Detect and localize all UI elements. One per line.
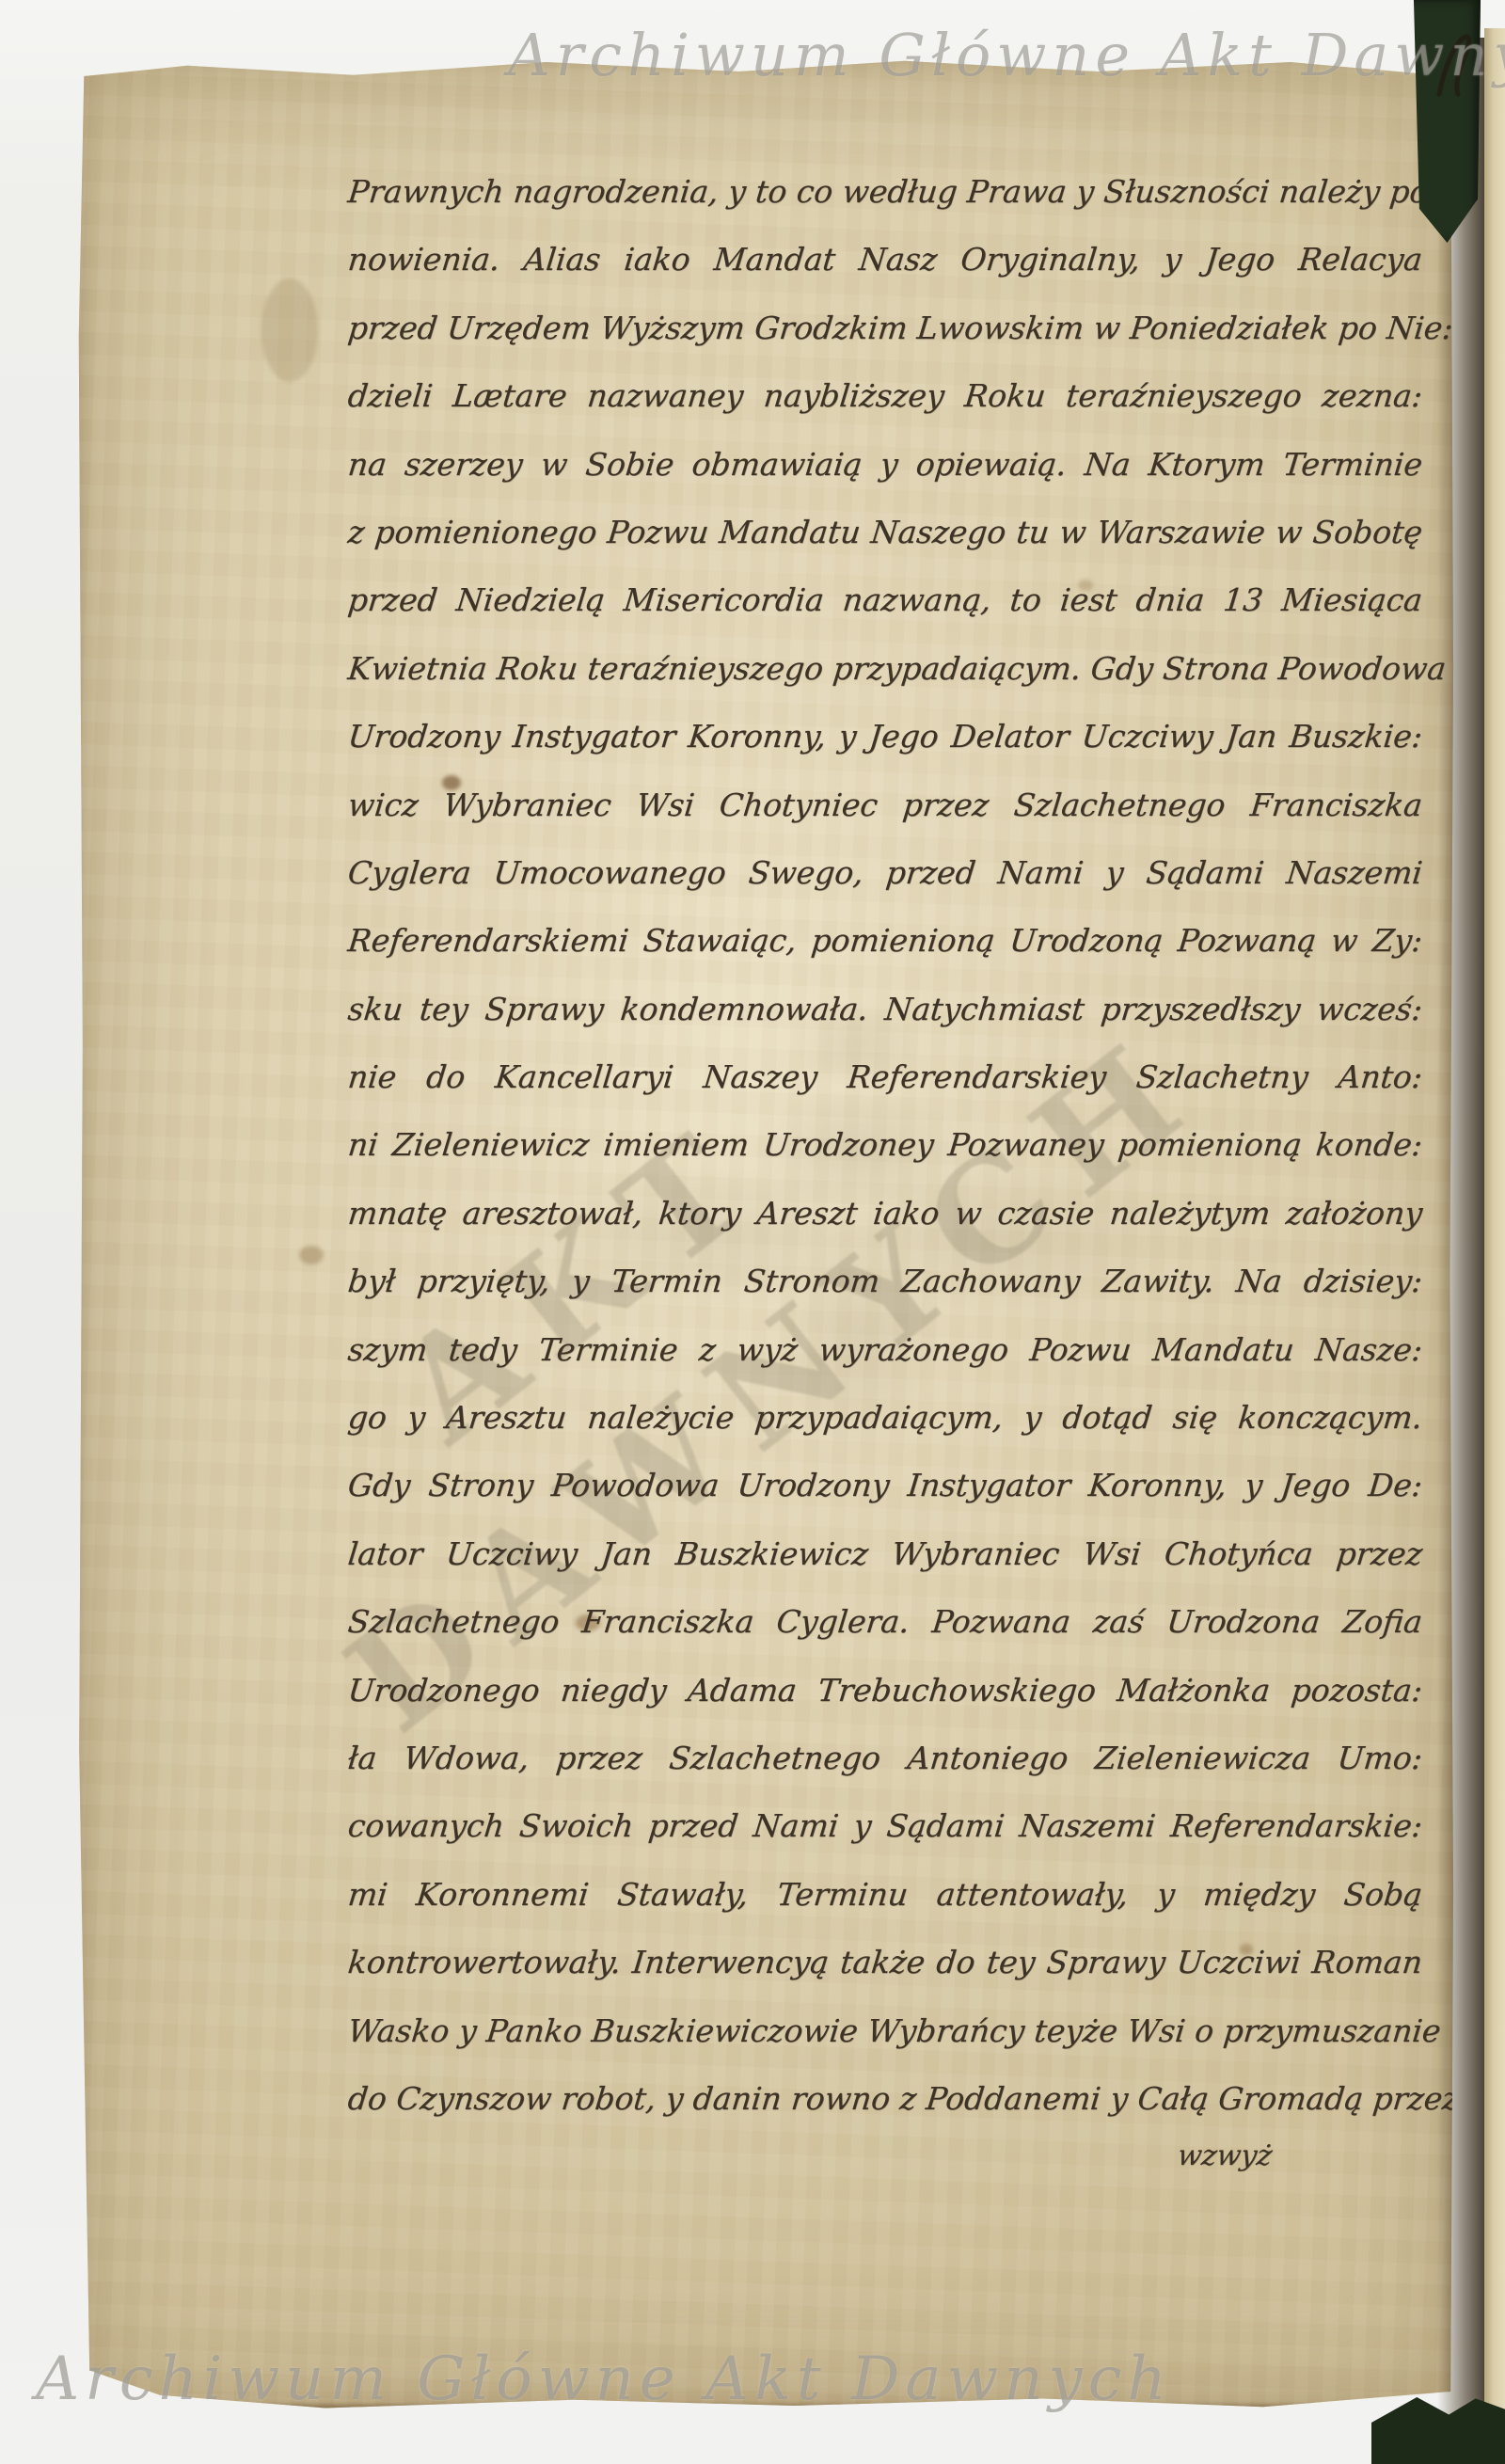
catchword: wzwyż — [959, 2139, 1275, 2172]
adjacent-page-edge — [1484, 28, 1505, 2437]
manuscript-line: na szerzey w Sobie obmawiaią y opiewaią.… — [344, 431, 1426, 499]
manuscript-line: Wasko y Panko Buszkiewiczowie Wybrańcy t… — [344, 1997, 1426, 2065]
manuscript-line: dzieli Lætare nazwaney naybliższey Roku … — [344, 362, 1426, 430]
archive-watermark-bottom: Archiwum Główne Akt Dawnych — [36, 2345, 1172, 2414]
manuscript-line: nowienia. Alias iako Mandat Nasz Orygina… — [344, 226, 1426, 294]
manuscript-line: Prawnych nagrodzenia, y to co według Pra… — [344, 158, 1426, 226]
archival-scan: AKT DAWNYCH Prawnych nagrodzenia, y to c… — [0, 0, 1505, 2464]
manuscript-line: Cyglera Umocowanego Swego, przed Nami y … — [344, 839, 1426, 907]
manuscript-line: do Czynszow robot, y danin rowno z Podda… — [344, 2065, 1426, 2133]
manuscript-line: z pomienionego Pozwu Mandatu Naszego tu … — [344, 499, 1426, 566]
manuscript-line: Kwietnia Roku teraźnieyszego przypadaiąc… — [344, 635, 1426, 703]
manuscript-line: wicz Wybraniec Wsi Chotyniec przez Szlac… — [344, 771, 1426, 839]
manuscript-text: Prawnych nagrodzenia, y to co według Pra… — [348, 158, 1422, 2133]
manuscript-page: AKT DAWNYCH Prawnych nagrodzenia, y to c… — [77, 53, 1456, 2410]
manuscript-line: Urodzony Instygator Koronny, y Jego Dela… — [344, 703, 1426, 771]
manuscript-line: cowanych Swoich przed Nami y Sądami Nasz… — [344, 1792, 1426, 1860]
manuscript-line: mi Koronnemi Stawały, Terminu attentował… — [344, 1861, 1426, 1929]
manuscript-line: przed Niedzielą Misericordia nazwaną, to… — [344, 566, 1426, 634]
manuscript-line: lator Uczciwy Jan Buszkiewicz Wybraniec … — [344, 1520, 1426, 1588]
manuscript-line: kontrowertowały. Interwencyą także do te… — [344, 1929, 1426, 1996]
manuscript-line: mnatę aresztował, ktory Areszt iako w cz… — [344, 1180, 1426, 1248]
manuscript-line: szym tedy Terminie z wyż wyrażonego Pozw… — [344, 1316, 1426, 1384]
manuscript-line: nie do Kancellaryi Naszey Referendarskie… — [344, 1043, 1426, 1111]
manuscript-line: Referendarskiemi Stawaiąc, pomienioną Ur… — [344, 907, 1426, 975]
manuscript-line: go y Aresztu należycie przypadaiącym, y … — [344, 1384, 1426, 1452]
manuscript-line: przed Urzędem Wyższym Grodzkim Lwowskim … — [344, 294, 1426, 362]
manuscript-line: Gdy Strony Powodowa Urodzony Instygator … — [344, 1452, 1426, 1519]
manuscript-line: ni Zieleniewicz imieniem Urodzoney Pozwa… — [344, 1111, 1426, 1179]
gutter-shadow — [1437, 38, 1486, 2418]
manuscript-line: był przyięty, y Termin Stronom Zachowany… — [344, 1248, 1426, 1315]
paper-smudge — [299, 1246, 324, 1264]
manuscript-line: Urodzonego niegdy Adama Trebuchowskiego … — [344, 1657, 1426, 1725]
manuscript-line: sku tey Sprawy kondemnowała. Natychmiast… — [344, 976, 1426, 1043]
paper-smudge — [261, 278, 318, 382]
manuscript-line: Szlachetnego Franciszka Cyglera. Pozwana… — [344, 1588, 1426, 1656]
manuscript-line: ła Wdowa, przez Szlachetnego Antoniego Z… — [344, 1725, 1426, 1792]
archive-watermark-top: Archiwum Główne Akt Dawnych — [508, 21, 1505, 89]
